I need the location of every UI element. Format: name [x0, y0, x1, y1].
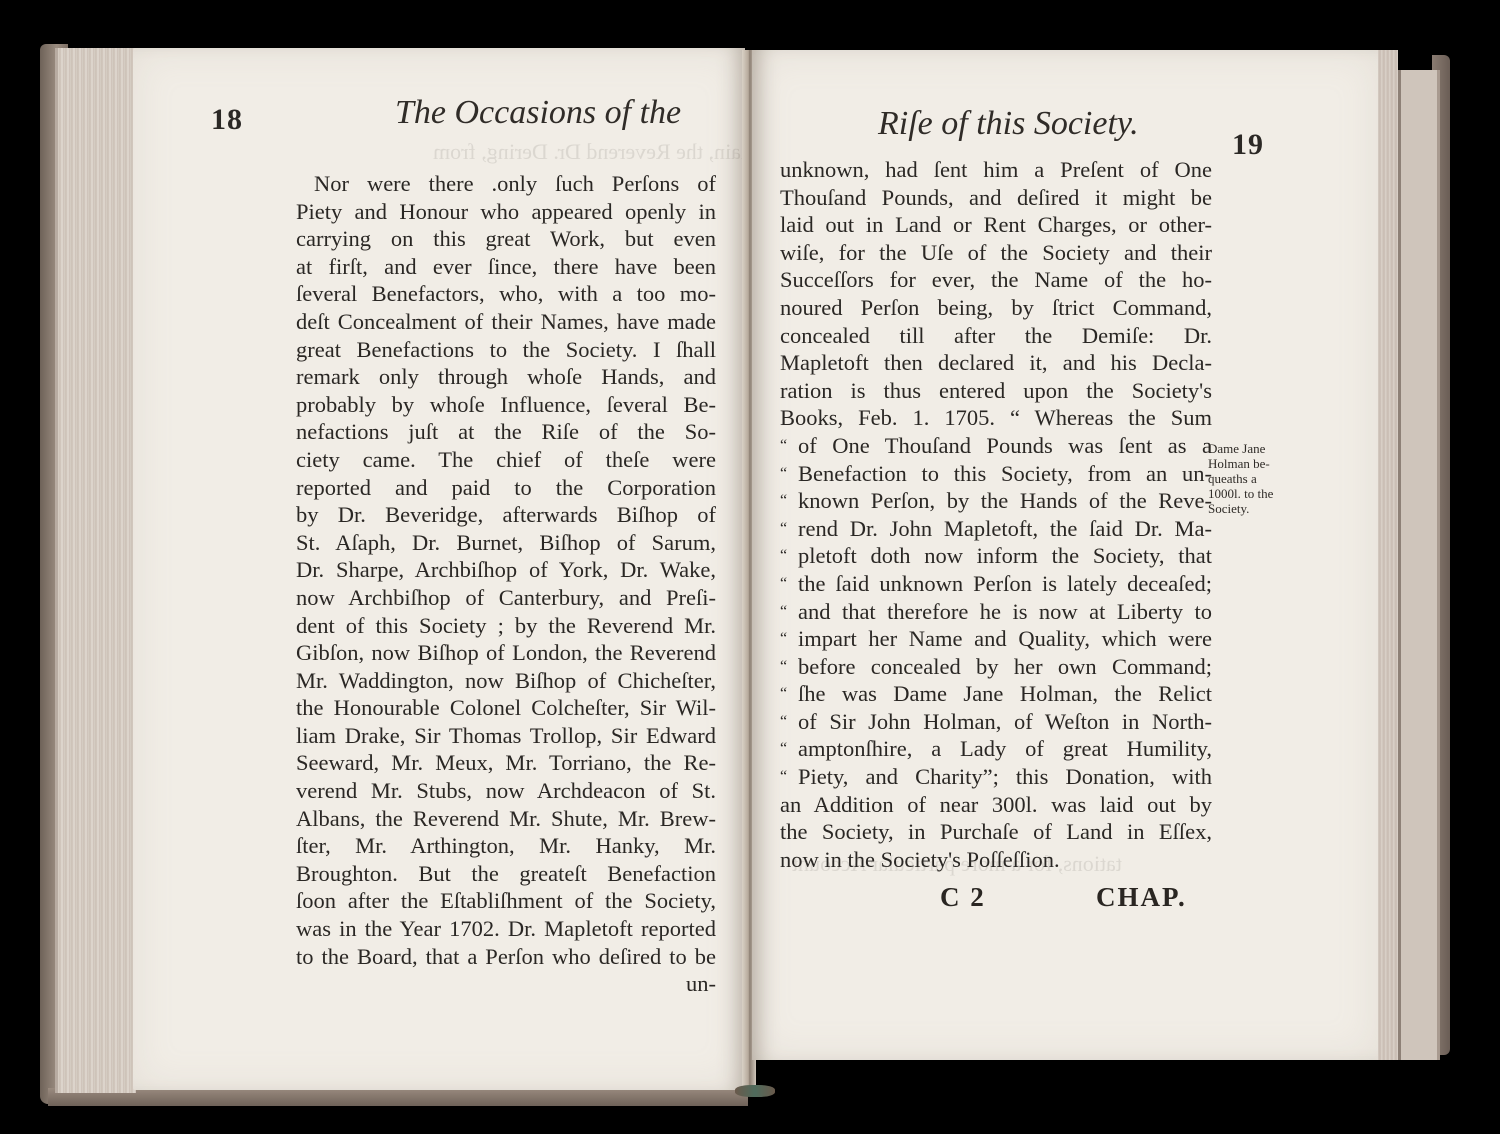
quotation-mark: “	[780, 735, 798, 763]
page-stack-left	[55, 48, 136, 1093]
text-line: Thouſand Pounds, and deſired it might be	[780, 184, 1212, 212]
text-line: noured Perſon being, by ſtrict Command,	[780, 294, 1212, 322]
text-line: verend Mr. Stubs, now Archdeacon of St.	[296, 777, 716, 805]
text-line: liam Drake, Sir Thomas Trollop, Sir Edwa…	[296, 722, 716, 750]
text-line: deſt Concealment of their Names, have ma…	[296, 308, 716, 336]
text-line: Succeſſors for ever, the Name of the ho-	[780, 266, 1212, 294]
text-line: St. Aſaph, Dr. Burnet, Biſhop of Sarum,	[296, 529, 716, 557]
text-line: wiſe, for the Uſe of the Society and the…	[780, 239, 1212, 267]
right-page: tations, for a more particular Account R…	[752, 50, 1378, 1060]
page-number-left: 18	[211, 103, 243, 137]
running-head-right: Riſe of this Society.	[878, 105, 1139, 143]
text-line: “amptonſhire, a Lady of great Humility,	[780, 735, 1212, 763]
text-line: laid out in Land or Rent Charges, or oth…	[780, 211, 1212, 239]
quotation-mark: “	[780, 460, 798, 488]
book-cover-bottom	[48, 1088, 748, 1106]
text-line: ration is thus entered upon the Society'…	[780, 377, 1212, 405]
text-line: Books, Feb. 1. 1705. “ Whereas the Sum	[780, 404, 1212, 432]
text-line: ſter, Mr. Arthington, Mr. Hanky, Mr.	[296, 832, 716, 860]
text-line: Dr. Sharpe, Archbiſhop of York, Dr. Wake…	[296, 556, 716, 584]
quotation-mark: “	[780, 487, 798, 515]
quotation-mark: “	[780, 680, 798, 708]
text-line: “rend Dr. John Mapletoft, the ſaid Dr. M…	[780, 515, 1212, 543]
text-line: the Society, in Purchaſe of Land in Eſſe…	[780, 818, 1212, 846]
text-line: Gibſon, now Biſhop of London, the Revere…	[296, 639, 716, 667]
text-line: “ſhe was Dame Jane Holman, the Relict	[780, 680, 1212, 708]
text-line: now in the Society's Poſſeſſion.	[780, 846, 1212, 874]
quotation-mark: “	[780, 653, 798, 681]
catchword: CHAP.	[1096, 882, 1187, 913]
show-through-text: Chaplain, the Reverend Dr. Dering, from	[433, 138, 793, 165]
marginal-note: Dame JaneHolman be-queaths a1000l. to th…	[1208, 441, 1273, 516]
headband	[735, 1085, 775, 1097]
text-line: concealed till after the Demiſe: Dr.	[780, 322, 1212, 350]
text-line: dent of this Society ; by the Reverend M…	[296, 612, 716, 640]
text-line: remark only through whoſe Hands, and	[296, 363, 716, 391]
quotation-mark: “	[780, 763, 798, 791]
text-line: reported and paid to the Corporation	[296, 474, 716, 502]
text-line: Albans, the Reverend Mr. Shute, Mr. Brew…	[296, 805, 716, 833]
text-line: “known Perſon, by the Hands of the Reve-	[780, 487, 1212, 515]
marginal-note-line: 1000l. to the	[1208, 486, 1273, 501]
page-number-right: 19	[1232, 128, 1264, 162]
text-line: great Benefactions to the Society. I ſha…	[296, 336, 716, 364]
text-line: an Addition of near 300l. was laid out b…	[780, 791, 1212, 819]
text-line: “and that therefore he is now at Liberty…	[780, 598, 1212, 626]
text-line: Nor were there .only ſuch Perſons of	[296, 170, 716, 198]
text-line: unknown, had ſent him a Preſent of One	[780, 156, 1212, 184]
endboard-right	[1398, 70, 1440, 1060]
text-line: Mr. Waddington, now Biſhop of Chicheſter…	[296, 667, 716, 695]
text-line: Mapletoft then declared it, and his Decl…	[780, 349, 1212, 377]
text-line: by Dr. Beveridge, afterwards Biſhop of	[296, 501, 716, 529]
text-line: ſoon after the Eſtabliſhment of the Soci…	[296, 887, 716, 915]
marginal-note-line: Dame Jane	[1208, 441, 1273, 456]
text-line: now Archbiſhop of Canterbury, and Preſi-	[296, 584, 716, 612]
quotation-mark: “	[780, 570, 798, 598]
marginal-note-line: queaths a	[1208, 471, 1273, 486]
quotation-mark: “	[780, 708, 798, 736]
left-page: Chaplain, the Reverend Dr. Dering, from …	[133, 48, 745, 1090]
quotation-mark: “	[780, 432, 798, 460]
quotation-mark: “	[780, 515, 798, 543]
text-line: Seeward, Mr. Meux, Mr. Torriano, the Re-	[296, 749, 716, 777]
text-line: nefactions juſt at the Riſe of the So-	[296, 418, 716, 446]
text-line: “before concealed by her own Command;	[780, 653, 1212, 681]
quotation-mark: “	[780, 625, 798, 653]
quotation-mark: “	[780, 598, 798, 626]
marginal-note-line: Holman be-	[1208, 456, 1273, 471]
text-line: to the Board, that a Perſon who deſired …	[296, 943, 716, 971]
text-line: probably by whoſe Influence, ſeveral Be-	[296, 391, 716, 419]
right-page-text: unknown, had ſent him a Preſent of OneTh…	[780, 156, 1212, 873]
text-line: “Piety, and Charity”; this Donation, wit…	[780, 763, 1212, 791]
quotation-mark: “	[780, 542, 798, 570]
text-line: “of Sir John Holman, of Weſton in North-	[780, 708, 1212, 736]
text-line: the Honourable Colonel Colcheſter, Sir W…	[296, 694, 716, 722]
text-line: was in the Year 1702. Dr. Mapletoft repo…	[296, 915, 716, 943]
text-line: ſeveral Benefactors, who, with a too mo-	[296, 280, 716, 308]
page-stack-right	[1378, 50, 1398, 1060]
text-line: at firſt, and ever ſince, there have bee…	[296, 253, 716, 281]
text-line: un-	[296, 970, 716, 998]
left-page-text: Nor were there .only ſuch Perſons ofPiet…	[296, 170, 716, 998]
marginal-note-line: Society.	[1208, 501, 1273, 516]
signature-mark: C 2	[940, 882, 986, 913]
text-line: Piety and Honour who appeared openly in	[296, 198, 716, 226]
text-line: “pletoft doth now inform the Society, th…	[780, 542, 1212, 570]
text-line: “of One Thouſand Pounds was ſent as a	[780, 432, 1212, 460]
text-line: “the ſaid unknown Perſon is lately decea…	[780, 570, 1212, 598]
text-line: “Benefaction to this Society, from an un…	[780, 460, 1212, 488]
running-head-left: The Occasions of the	[395, 94, 681, 132]
text-line: Broughton. But the greateſt Benefaction	[296, 860, 716, 888]
text-line: carrying on this great Work, but even	[296, 225, 716, 253]
text-line: “impart her Name and Quality, which were	[780, 625, 1212, 653]
text-line: ciety came. The chief of theſe were	[296, 446, 716, 474]
